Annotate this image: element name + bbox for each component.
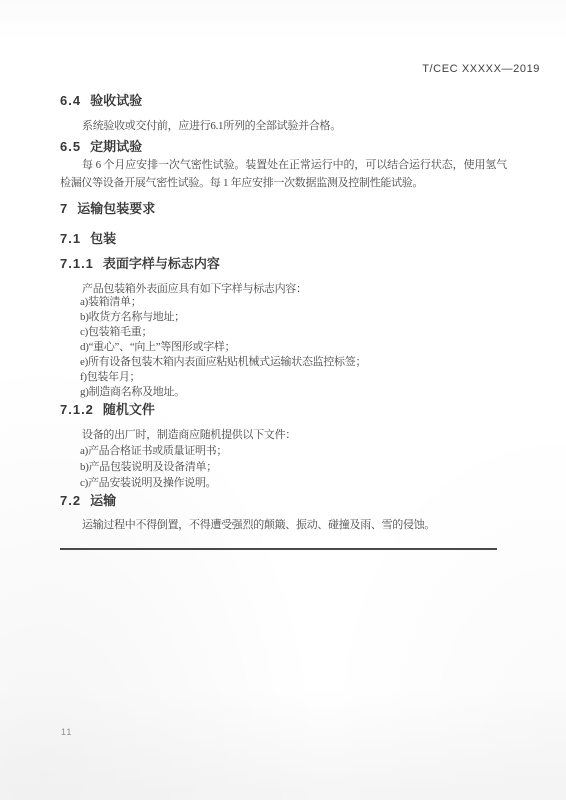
section-heading-7-1: 7.1包装 xyxy=(60,232,116,246)
list-item-a: a)产品合格证书或质量证明书； xyxy=(80,443,227,459)
section-heading-7-1-2: 7.1.2随机文件 xyxy=(60,403,155,417)
footer-rule xyxy=(60,548,497,550)
list-item-b: b)收货方名称与地址； xyxy=(80,310,366,325)
section-heading-7-2: 7.2运输 xyxy=(60,494,116,508)
section-title: 运输 xyxy=(90,493,116,508)
section-heading-6-4: 6.4验收试验 xyxy=(60,94,142,108)
section-number: 6.4 xyxy=(60,93,81,108)
accompanying-documents-list: a)产品合格证书或质量证明书； b)产品包装说明及设备清单； c)产品安装说明及… xyxy=(80,443,227,491)
marking-content-list: a)装箱清单； b)收货方名称与地址； c)包装箱毛重； d)“重心”、“向上”… xyxy=(80,295,366,400)
document-page: T/CEC XXXXX—2019 6.4验收试验 系统验收或交付前，应进行6.1… xyxy=(0,0,566,800)
list-item-g: g)制造商名称及地址。 xyxy=(80,385,366,400)
section-title: 定期试验 xyxy=(90,139,142,154)
header-doc-number: T/CEC XXXXX—2019 xyxy=(422,63,540,75)
list-item-a: a)装箱清单； xyxy=(80,295,366,310)
section-number: 7.1.2 xyxy=(60,402,94,417)
section-number: 7.1 xyxy=(60,231,81,246)
paragraph-6-4: 系统验收或交付前，应进行6.1所列的全部试验并合格。 xyxy=(82,117,341,135)
section-title: 随机文件 xyxy=(103,402,155,417)
list-item-c: c)包装箱毛重； xyxy=(80,325,366,340)
section-heading-7: 7运输包装要求 xyxy=(60,202,155,216)
section-title: 验收试验 xyxy=(90,93,142,108)
section-number: 7.1.1 xyxy=(60,256,94,271)
section-title: 运输包装要求 xyxy=(77,201,155,216)
section-heading-6-5: 6.5定期试验 xyxy=(60,140,142,154)
paragraph-6-5: 每 6 个月应安排一次气密性试验。装置处在正常运行中的，可以结合运行状态，使用氢… xyxy=(60,156,507,192)
section-number: 7 xyxy=(60,201,68,216)
section-title: 包装 xyxy=(90,231,116,246)
list-item-e: e)所有设备包装木箱内表面应粘贴机械式运输状态监控标签； xyxy=(80,355,366,370)
page-number: 11 xyxy=(61,727,72,737)
section-heading-7-1-1: 7.1.1表面字样与标志内容 xyxy=(60,257,220,271)
section-title: 表面字样与标志内容 xyxy=(103,256,220,271)
list-item-b: b)产品包装说明及设备清单； xyxy=(80,459,227,475)
paragraph-7-1-2-intro: 设备的出厂时，制造商应随机提供以下文件： xyxy=(82,426,296,444)
paragraph-7-2: 运输过程中不得倒置，不得遭受强烈的颠簸、振动、碰撞及雨、雪的侵蚀。 xyxy=(82,516,435,534)
list-item-f: f)包装年月； xyxy=(80,370,366,385)
section-number: 7.2 xyxy=(60,493,81,508)
list-item-d: d)“重心”、“向上”等图形或字样； xyxy=(80,340,366,355)
section-number: 6.5 xyxy=(60,139,81,154)
list-item-c: c)产品安装说明及操作说明。 xyxy=(80,475,227,491)
